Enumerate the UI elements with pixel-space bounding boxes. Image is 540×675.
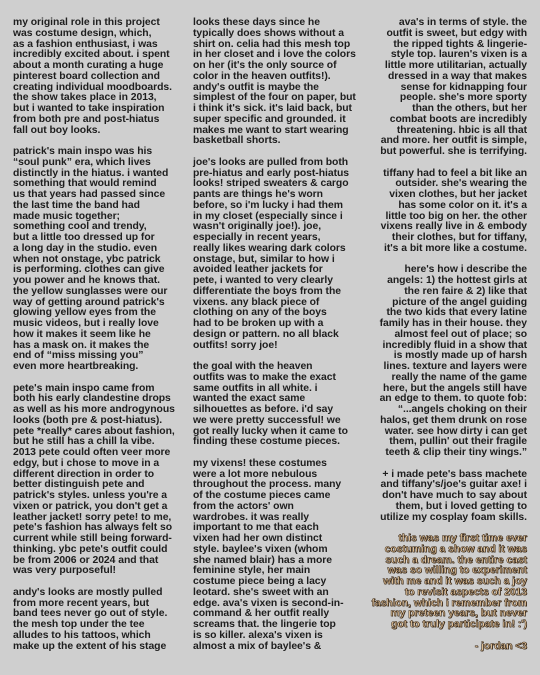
heaven-outfits-paragraph: the goal with the heaven outfits was to …	[193, 362, 363, 448]
closing-note: this was my first time ever costuming a …	[360, 534, 527, 631]
vixens-paragraph-start: my vixens! these costumes were a lot mor…	[193, 459, 363, 653]
angels-paragraph: here's how i describe the angels: 1) the…	[360, 265, 527, 459]
column-1: my original role in this project was cos…	[13, 18, 183, 663]
pete-paragraph: pete's main inspo came from both his ear…	[13, 384, 183, 578]
column-3: ava's in terms of style. the outfit is s…	[360, 18, 527, 663]
signature: - jordan <3	[360, 642, 527, 653]
joe-paragraph: joe's looks are pulled from both pre-hia…	[193, 158, 363, 352]
intro-paragraph: my original role in this project was cos…	[13, 18, 183, 136]
costume-notes-page: my original role in this project was cos…	[0, 0, 540, 675]
andy-paragraph-start: andy's looks are mostly pulled from more…	[13, 588, 183, 653]
patrick-paragraph: patrick's main inspo was his “soul punk”…	[13, 147, 183, 373]
vixens-paragraph-end: ava's in terms of style. the outfit is s…	[360, 18, 527, 158]
tiffany-paragraph: tiffany had to feel a bit like an outsid…	[360, 169, 527, 255]
column-2: looks these days since he typically does…	[193, 18, 363, 663]
props-paragraph: + i made pete's bass machete and tiffany…	[360, 470, 527, 524]
andy-paragraph-end: looks these days since he typically does…	[193, 18, 363, 147]
